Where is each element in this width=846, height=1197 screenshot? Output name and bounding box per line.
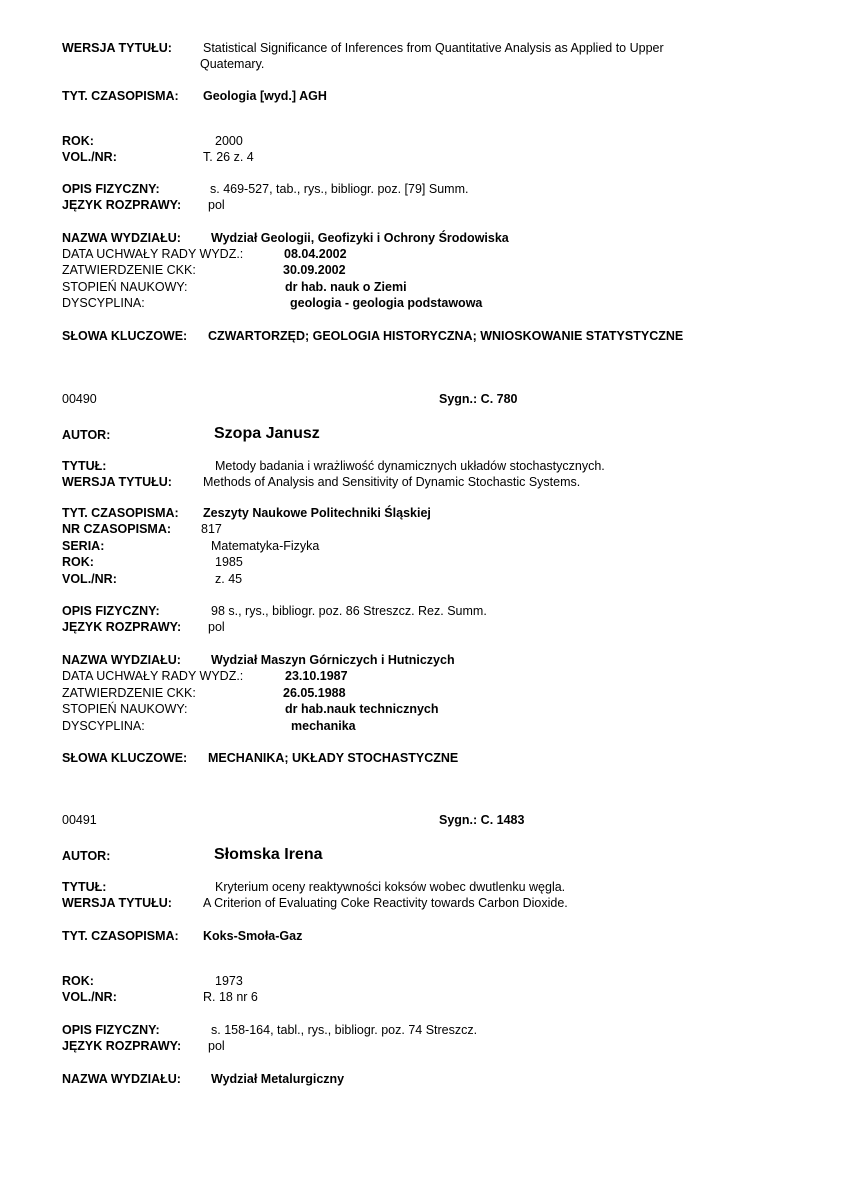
wersja-value: Methods of Analysis and Sensitivity of D… [203,475,580,490]
opis-value: 98 s., rys., bibliogr. poz. 86 Streszcz.… [211,604,487,619]
label-jezyk: JĘZYK ROZPRAWY: [62,198,181,213]
nr-czasopisma-value: 817 [201,522,222,537]
zatwierdzenie-value: 30.09.2002 [283,263,346,278]
wydzial-value: Wydział Maszyn Górniczych i Hutniczych [211,653,455,668]
label-vol: VOL./NR: [62,150,117,165]
label-wersja: WERSJA TYTUŁU: [62,896,172,911]
label-autor: AUTOR: [62,428,110,443]
record-id: 00490 [62,392,97,407]
slowa-value: CZWARTORZĘD; GEOLOGIA HISTORYCZNA; WNIOS… [208,329,683,344]
autor-value: Szopa Janusz [214,426,320,441]
tytul-value: Metody badania i wrażliwość dynamicznych… [215,459,605,474]
label-slowa: SŁOWA KLUCZOWE: [62,329,187,344]
data-uchwaly-value: 23.10.1987 [285,669,348,684]
label-seria: SERIA: [62,539,104,554]
data-uchwaly-value: 08.04.2002 [284,247,347,262]
wydzial-value: Wydział Geologii, Geofizyki i Ochrony Śr… [211,231,509,246]
label-czasopisma: TYT. CZASOPISMA: [62,89,179,104]
jezyk-value: pol [208,1039,225,1054]
opis-value: s. 469-527, tab., rys., bibliogr. poz. [… [210,182,468,197]
zatwierdzenie-value: 26.05.1988 [283,686,346,701]
label-jezyk: JĘZYK ROZPRAWY: [62,1039,181,1054]
label-slowa: SŁOWA KLUCZOWE: [62,751,187,766]
label-stopien: STOPIEŃ NAUKOWY: [62,280,188,295]
label-autor: AUTOR: [62,849,110,864]
sygnatura: Sygn.: C. 1483 [439,813,524,828]
label-wersja: WERSJA TYTUŁU: [62,475,172,490]
label-rok: ROK: [62,974,94,989]
autor-value: Słomska Irena [214,847,323,862]
rok-value: 1973 [215,974,243,989]
jezyk-value: pol [208,198,225,213]
rok-value: 1985 [215,555,243,570]
opis-value: s. 158-164, tabl., rys., bibliogr. poz. … [211,1023,477,1038]
label-rok: ROK: [62,555,94,570]
label-stopien: STOPIEŃ NAUKOWY: [62,702,188,717]
czasopisma-value: Zeszyty Naukowe Politechniki Śląskiej [203,506,431,521]
label-wydzial: NAZWA WYDZIAŁU: [62,653,181,668]
stopien-value: dr hab. nauk o Ziemi [285,280,407,295]
label-rok: ROK: [62,134,94,149]
dyscyplina-value: geologia - geologia podstawowa [290,296,482,311]
slowa-value: MECHANIKA; UKŁADY STOCHASTYCZNE [208,751,458,766]
label-opis: OPIS FIZYCZNY: [62,182,160,197]
label-wersja: WERSJA TYTUŁU: [62,41,172,56]
label-czasopisma: TYT. CZASOPISMA: [62,929,179,944]
czasopisma-value: Geologia [wyd.] AGH [203,89,327,104]
vol-value: T. 26 z. 4 [203,150,254,165]
vol-value: z. 45 [215,572,242,587]
record-id: 00491 [62,813,97,828]
vol-value: R. 18 nr 6 [203,990,258,1005]
label-tytul: TYTUŁ: [62,459,106,474]
label-data-uchwaly: DATA UCHWAŁY RADY WYDZ.: [62,247,243,262]
seria-value: Matematyka-Fizyka [211,539,319,554]
stopien-value: dr hab.nauk technicznych [285,702,439,717]
label-opis: OPIS FIZYCZNY: [62,604,160,619]
label-dyscyplina: DYSCYPLINA: [62,719,145,734]
label-data-uchwaly: DATA UCHWAŁY RADY WYDZ.: [62,669,243,684]
wersja-tytulu-line1: Statistical Significance of Inferences f… [203,41,664,56]
rok-value: 2000 [215,134,243,149]
sygnatura: Sygn.: C. 780 [439,392,518,407]
czasopisma-value: Koks-Smoła-Gaz [203,929,302,944]
label-czasopisma: TYT. CZASOPISMA: [62,506,179,521]
label-jezyk: JĘZYK ROZPRAWY: [62,620,181,635]
label-vol: VOL./NR: [62,572,117,587]
label-wydzial: NAZWA WYDZIAŁU: [62,1072,181,1087]
label-opis: OPIS FIZYCZNY: [62,1023,160,1038]
dyscyplina-value: mechanika [291,719,356,734]
label-wydzial: NAZWA WYDZIAŁU: [62,231,181,246]
label-zatwierdzenie: ZATWIERDZENIE CKK: [62,263,196,278]
jezyk-value: pol [208,620,225,635]
label-vol: VOL./NR: [62,990,117,1005]
wersja-tytulu-line2: Quatemary. [200,57,264,72]
label-zatwierdzenie: ZATWIERDZENIE CKK: [62,686,196,701]
wydzial-value: Wydział Metalurgiczny [211,1072,344,1087]
wersja-value: A Criterion of Evaluating Coke Reactivit… [203,896,568,911]
label-nr-czasopisma: NR CZASOPISMA: [62,522,171,537]
label-tytul: TYTUŁ: [62,880,106,895]
tytul-value: Kryterium oceny reaktywności koksów wobe… [215,880,565,895]
label-dyscyplina: DYSCYPLINA: [62,296,145,311]
